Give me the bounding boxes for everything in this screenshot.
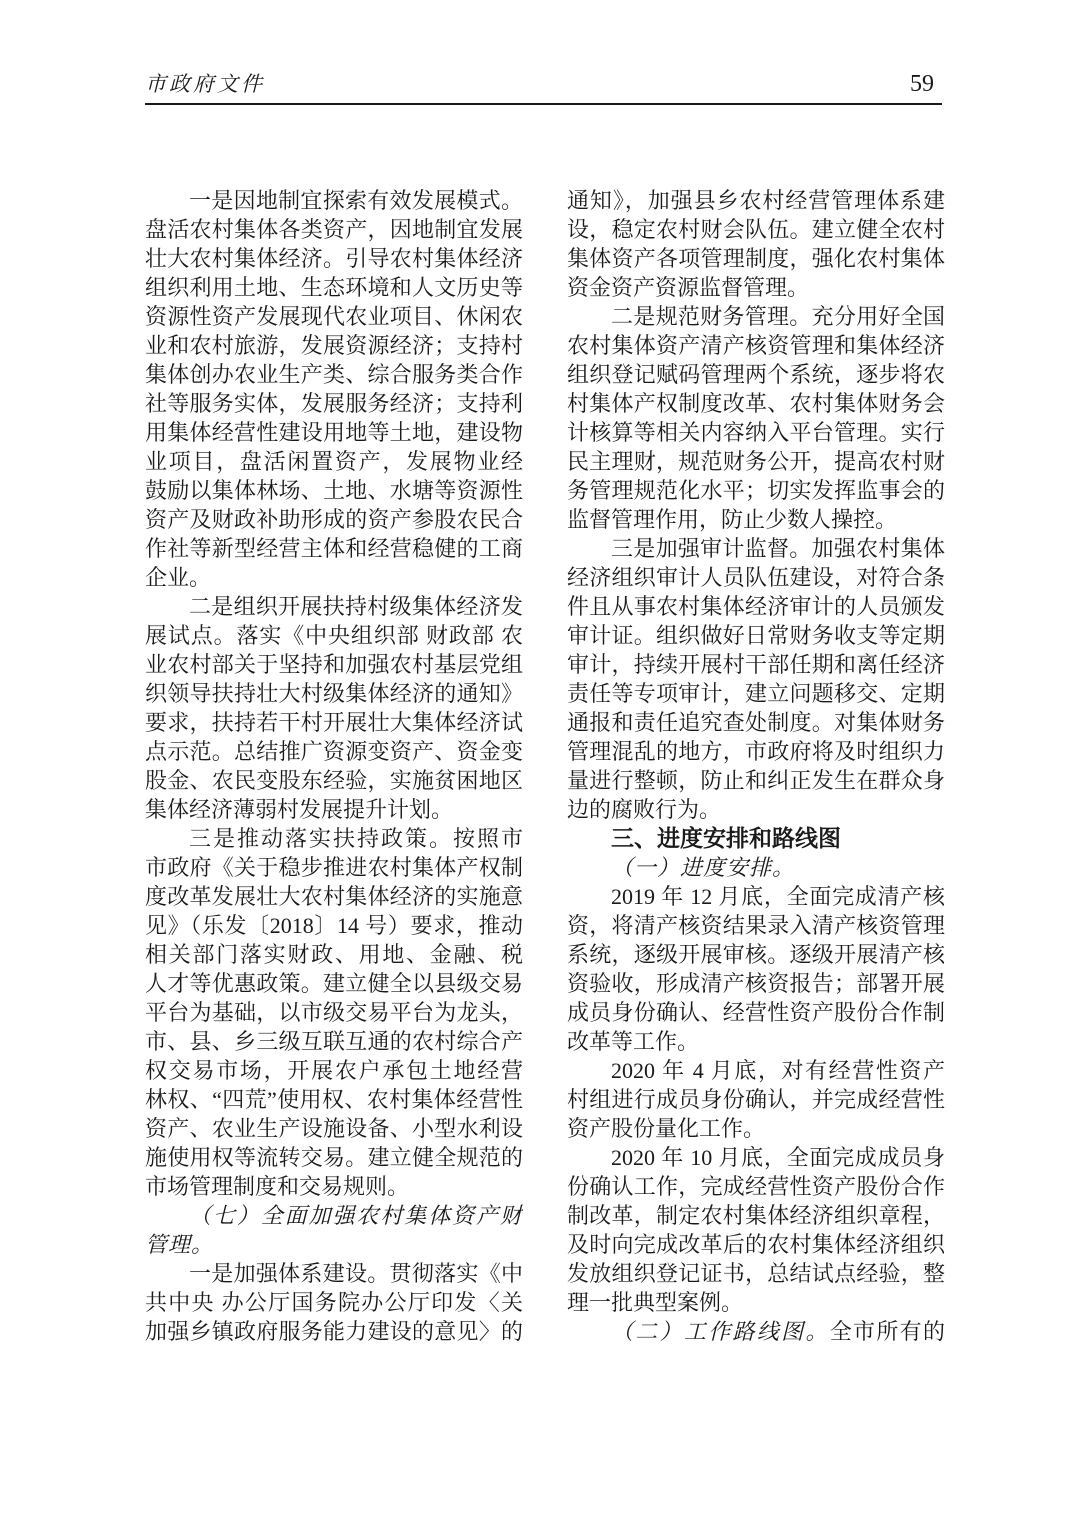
text-columns: 一是因地制宜探索有效发展模式。盘活农村集体各类资产，因地制宜发展壮大农村集体经济… xyxy=(145,186,945,1346)
text-line: 业项目，盘活闲置资产，发展物业经济； xyxy=(145,447,523,476)
text-line: 资产股份量化工作。 xyxy=(567,1114,945,1143)
text-line: 村集体产权制度改革、农村集体财务会 xyxy=(567,389,945,418)
text-line: 组织利用土地、生态环境和人文历史等 xyxy=(145,273,523,302)
text-line: 二是组织开展扶持村级集体经济发 xyxy=(145,592,523,621)
text-line: 村组进行成员身份确认，并完成经营性 xyxy=(567,1085,945,1114)
text-line: 三是推动落实扶持政策。按照市委、 xyxy=(145,824,523,853)
text-line: 壮大农村集体经济。引导农村集体经济 xyxy=(145,244,523,273)
text-line: 监督管理作用，防止少数人操控。 xyxy=(567,505,945,534)
text-line: 企业。 xyxy=(145,563,523,592)
text-line: 资产、农业生产设施设备、小型水利设 xyxy=(145,1114,523,1143)
text-line: 管理混乱的地方，市政府将及时组织力 xyxy=(567,737,945,766)
text-line: 审计，持续开展村干部任期和离任经济 xyxy=(567,650,945,679)
text-line: （七）全面加强农村集体资产财务 xyxy=(145,1201,523,1230)
right-column: 通知》，加强县乡农村经营管理体系建设，稳定农村财会队伍。建立健全农村集体资产各项… xyxy=(567,186,945,1346)
text-line: 鼓励以集体林场、土地、水塘等资源性 xyxy=(145,476,523,505)
text-segment: （二）工作路线图。 xyxy=(611,1319,830,1344)
text-line: 一是因地制宜探索有效发展模式。 xyxy=(145,186,523,215)
text-line: 二是规范财务管理。充分用好全国 xyxy=(567,302,945,331)
text-line: 林权、“四荒”使用权、农村集体经营性 xyxy=(145,1085,523,1114)
text-line: 责任等专项审计，建立问题移交、定期 xyxy=(567,679,945,708)
text-line: 通知》，加强县乡农村经营管理体系建 xyxy=(567,186,945,215)
text-line: 见》（乐发〔2018〕14 号）要求，推动 xyxy=(145,911,523,940)
text-line: （一）进度安排。 xyxy=(567,853,945,882)
text-line: 计核算等相关内容纳入平台管理。实行 xyxy=(567,418,945,447)
text-line: 市场管理制度和交易规则。 xyxy=(145,1172,523,1201)
text-line: 边的腐败行为。 xyxy=(567,795,945,824)
text-line: 成员身份确认、经营性资产股份合作制 xyxy=(567,998,945,1027)
text-line: 三是加强审计监督。加强农村集体 xyxy=(567,534,945,563)
text-line: 加强乡镇政府服务能力建设的意见〉的 xyxy=(145,1317,523,1346)
text-line: 经济组织审计人员队伍建设，对符合条 xyxy=(567,563,945,592)
text-line: 系统，逐级开展审核。逐级开展清产核 xyxy=(567,940,945,969)
text-line: 业和农村旅游，发展资源经济；支持村 xyxy=(145,331,523,360)
text-line: 市、县、乡三级互联互通的农村综合产 xyxy=(145,1027,523,1056)
text-line: 民主理财，规范财务公开，提高农村财 xyxy=(567,447,945,476)
left-column: 一是因地制宜探索有效发展模式。盘活农村集体各类资产，因地制宜发展壮大农村集体经济… xyxy=(145,186,523,1346)
text-line: 平台为基础，以市级交易平台为龙头， xyxy=(145,998,523,1027)
text-line: 件且从事农村集体经济审计的人员颁发 xyxy=(567,592,945,621)
text-line: 2020 年 4 月底，对有经营性资产的 xyxy=(567,1056,945,1085)
page-number: 59 xyxy=(910,71,942,98)
text-line: 组织登记赋码管理两个系统，逐步将农 xyxy=(567,360,945,389)
text-line: （二）工作路线图。全市所有的农 xyxy=(567,1317,945,1346)
text-line: 要求，扶持若干村开展壮大集体经济试 xyxy=(145,708,523,737)
text-line: 通报和责任追究查处制度。对集体财务 xyxy=(567,708,945,737)
text-line: 用集体经营性建设用地等土地，建设物 xyxy=(145,418,523,447)
text-line: 农村集体资产清产核资管理和集体经济 xyxy=(567,331,945,360)
text-line: 市政府《关于稳步推进农村集体产权制 xyxy=(145,853,523,882)
page-header: 市政府文件 59 xyxy=(145,68,942,105)
text-line: 三、进度安排和路线图 xyxy=(567,824,945,853)
text-line: 制改革，制定农村集体经济组织章程， xyxy=(567,1201,945,1230)
text-line: 施使用权等流转交易。建立健全规范的 xyxy=(145,1143,523,1172)
text-line: 及时向完成改革后的农村集体经济组织 xyxy=(567,1230,945,1259)
text-line: 2020 年 10 月底，全面完成成员身 xyxy=(567,1143,945,1172)
text-line: 一是加强体系建设。贯彻落实《中 xyxy=(145,1259,523,1288)
text-line: 设，稳定农村财会队伍。建立健全农村 xyxy=(567,215,945,244)
text-line: 社等服务实体，发展服务经济；支持利 xyxy=(145,389,523,418)
document-page: 市政府文件 59 一是因地制宜探索有效发展模式。盘活农村集体各类资产，因地制宜发… xyxy=(0,0,1074,1520)
text-line: 度改革发展壮大农村集体经济的实施意 xyxy=(145,882,523,911)
text-line: 展试点。落实《中央组织部 财政部 农 xyxy=(145,621,523,650)
text-line: 共中央 办公厅国务院办公厅印发〈关于 xyxy=(145,1288,523,1317)
text-line: 点示范。总结推广资源变资产、资金变 xyxy=(145,737,523,766)
text-line: 集体创办农业生产类、综合服务类合作 xyxy=(145,360,523,389)
text-line: 资验收，形成清产核资报告；部署开展 xyxy=(567,969,945,998)
text-line: 份确认工作，完成经营性资产股份合作 xyxy=(567,1172,945,1201)
text-line: 管理。 xyxy=(145,1230,523,1259)
text-line: 业农村部关于坚持和加强农村基层党组 xyxy=(145,650,523,679)
text-line: 发放组织登记证书，总结试点经验，整 xyxy=(567,1259,945,1288)
text-line: 集体经济薄弱村发展提升计划。 xyxy=(145,795,523,824)
text-line: 股金、农民变股东经验，实施贫困地区 xyxy=(145,766,523,795)
text-line: 理一批典型案例。 xyxy=(567,1288,945,1317)
text-line: 盘活农村集体各类资产，因地制宜发展 xyxy=(145,215,523,244)
text-line: 务管理规范化水平；切实发挥监事会的 xyxy=(567,476,945,505)
text-line: 2019 年 12 月底，全面完成清产核 xyxy=(567,882,945,911)
text-line: 资源性资产发展现代农业项目、休闲农 xyxy=(145,302,523,331)
text-line: 作社等新型经营主体和经营稳健的工商 xyxy=(145,534,523,563)
text-line: 相关部门落实财政、用地、金融、税收、 xyxy=(145,940,523,969)
text-line: 资金资产资源监督管理。 xyxy=(567,273,945,302)
text-line: 资产及财政补助形成的资产参股农民合 xyxy=(145,505,523,534)
text-line: 量进行整顿，防止和纠正发生在群众身 xyxy=(567,766,945,795)
text-line: 织领导扶持壮大村级集体经济的通知》 xyxy=(145,679,523,708)
text-line: 资，将清产核资结果录入清产核资管理 xyxy=(567,911,945,940)
text-line: 审计证。组织做好日常财务收支等定期 xyxy=(567,621,945,650)
text-line: 人才等优惠政策。建立健全以县级交易 xyxy=(145,969,523,998)
text-line: 集体资产各项管理制度，强化农村集体 xyxy=(567,244,945,273)
header-doc-type: 市政府文件 xyxy=(145,68,265,98)
text-line: 改革等工作。 xyxy=(567,1027,945,1056)
text-line: 权交易市场，开展农户承包土地经营权、 xyxy=(145,1056,523,1085)
